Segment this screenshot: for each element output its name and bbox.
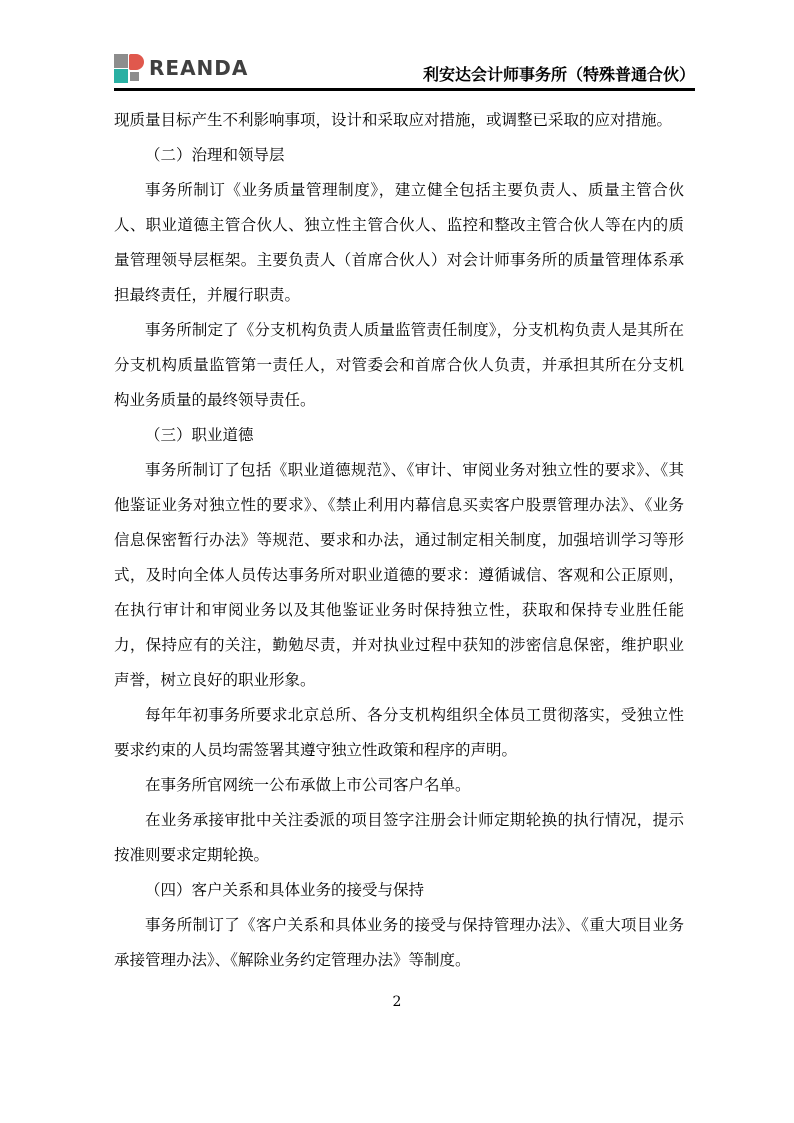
paragraph: 事务所制定了《分支机构负责人质量监管责任制度》，分支机构负责人是其所在分支机构质… (114, 313, 684, 418)
paragraph: 现质量目标产生不利影响事项，设计和采取应对措施，或调整已采取的应对措施。 (114, 103, 684, 138)
paragraph: 在业务承接审批中关注委派的项目签字注册会计师定期轮换的执行情况，提示按准则要求定… (114, 803, 684, 873)
paragraph: （三）职业道德 (114, 418, 684, 453)
brand-name: REANDA (149, 58, 248, 80)
page-header: REANDA 利安达会计师事务所（特殊普通合伙） (114, 54, 695, 91)
document-body: 现质量目标产生不利影响事项，设计和采取应对措施，或调整已采取的应对措施。（二）治… (114, 103, 684, 978)
paragraph: （四）客户关系和具体业务的接受与保持 (114, 873, 684, 908)
document-page: REANDA 利安达会计师事务所（特殊普通合伙） 现质量目标产生不利影响事项，设… (0, 0, 794, 1123)
paragraph: 事务所制订《业务质量管理制度》，建立健全包括主要负责人、质量主管合伙人、职业道德… (114, 173, 684, 313)
reanda-logo: REANDA (114, 54, 248, 84)
paragraph: 事务所制订了《客户关系和具体业务的接受与保持管理办法》、《重大项目业务承接管理办… (114, 908, 684, 978)
logo-square-teal (114, 69, 128, 83)
paragraph: 在事务所官网统一公布承做上市公司客户名单。 (114, 768, 684, 803)
page-number: 2 (393, 994, 402, 1010)
paragraph: （二）治理和领导层 (114, 138, 684, 173)
reanda-logo-icon (114, 54, 144, 84)
paragraph: 每年年初事务所要求北京总所、各分支机构组织全体员工贯彻落实，受独立性要求约束的人… (114, 698, 684, 768)
firm-title: 利安达会计师事务所（特殊普通合伙） (423, 65, 695, 84)
logo-square-gray (114, 54, 128, 68)
logo-square-gray-small (130, 72, 139, 81)
logo-square-red (129, 54, 144, 70)
paragraph: 事务所制订了包括《职业道德规范》、《审计、审阅业务对独立性的要求》、《其他鉴证业… (114, 453, 684, 698)
page-footer: 2 (0, 994, 794, 1010)
